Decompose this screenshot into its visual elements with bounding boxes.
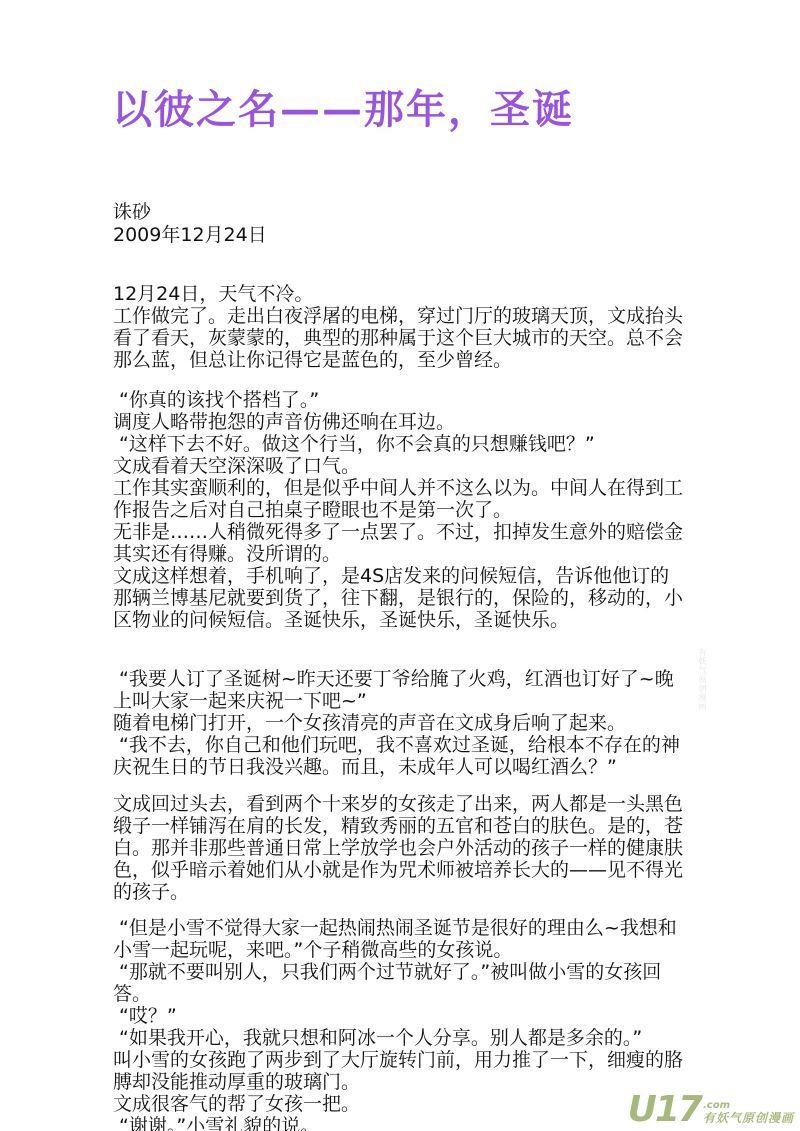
story-line: 叫小雪的女孩跑了两步到了大厅旋转门前，用力推了一下，细瘦的胳膊却没能推动厚重的玻… — [113, 1049, 688, 1093]
page-title: 以彼之名——那年，圣诞 — [112, 86, 574, 134]
u17-logo-caption: 有妖气原创漫画 — [703, 1111, 794, 1125]
story-block: 12月24日，天气不冷。工作做完了。走出白夜浮屠的电梯，穿过门厅的玻璃天顶，文成… — [113, 283, 688, 371]
story-line: “但是小雪不觉得大家一起热闹热闹圣诞节是很好的理由么~我想和小雪一起玩呢，来吧。… — [113, 917, 688, 961]
story-line: 文成很客气的帮了女孩一把。 — [113, 1093, 688, 1115]
byline: 诛砂 2009年12月24日 — [113, 201, 267, 247]
story-line: 工作做完了。走出白夜浮屠的电梯，穿过门厅的玻璃天顶，文成抬头看了看天，灰蒙蒙的，… — [113, 305, 688, 371]
u17-logo-text: U17 — [628, 1095, 701, 1125]
story-page: 以彼之名——那年，圣诞 诛砂 2009年12月24日 12月24日，天气不冷。工… — [0, 0, 800, 1131]
author-name: 诛砂 — [113, 201, 267, 224]
story-line: 文成回过头去，看到两个十来岁的女孩走了出来，两人都是一头黑色缎子一样铺泻在肩的长… — [113, 793, 688, 903]
story-line: “这样下去不好。做这个行当，你不会真的只想赚钱吧？” — [113, 433, 688, 455]
story-line: 文成看着天空深深吸了口气。 — [113, 455, 688, 477]
story-line: 工作其实蛮顺利的，但是似乎中间人并不这么以为。中间人在得到工作报告之后对自己拍桌… — [113, 477, 688, 521]
u17-logo-domain-suffix: .com — [703, 1101, 730, 1111]
story-block: 文成回过头去，看到两个十来岁的女孩走了出来，两人都是一头黑色缎子一样铺泻在肩的长… — [113, 793, 688, 903]
u17-watermark-logo: U17 .com 有妖气原创漫画 — [628, 1095, 794, 1125]
story-line: “那就不要叫别人，只我们两个过节就好了。”被叫做小雪的女孩回答。 — [113, 961, 688, 1005]
side-watermark-text: 有妖气原创漫画 — [697, 648, 708, 711]
story-line: “你真的该找个搭档了。” — [113, 389, 688, 411]
publish-date: 2009年12月24日 — [113, 224, 267, 247]
story-text: 12月24日，天气不冷。工作做完了。走出白夜浮屠的电梯，穿过门厅的玻璃天顶，文成… — [113, 283, 688, 1131]
story-line: “哎？” — [113, 1005, 688, 1027]
story-line: “我要人订了圣诞树~昨天还要丁爷给腌了火鸡，红酒也订好了~晚上叫大家一起来庆祝一… — [113, 668, 688, 712]
story-line: 文成这样想着，手机响了，是4S店发来的问候短信，告诉他他订的那辆兰博基尼就要到货… — [113, 565, 688, 631]
story-line: “谢谢。”小雪礼貌的说。 — [113, 1115, 688, 1131]
story-line: 12月24日，天气不冷。 — [113, 283, 688, 305]
story-line: 随着电梯门打开，一个女孩清亮的声音在文成身后响了起来。 — [113, 712, 688, 734]
story-block: “但是小雪不觉得大家一起热闹热闹圣诞节是很好的理由么~我想和小雪一起玩呢，来吧。… — [113, 917, 688, 1131]
story-line: “我不去，你自己和他们玩吧，我不喜欢过圣诞，给根本不存在的神庆祝生日的节日我没兴… — [113, 734, 688, 778]
story-line: 调度人略带抱怨的声音仿佛还响在耳边。 — [113, 411, 688, 433]
story-line: “如果我开心，我就只想和阿冰一个人分享。别人都是多余的。” — [113, 1027, 688, 1049]
story-block: “你真的该找个搭档了。”调度人略带抱怨的声音仿佛还响在耳边。 “这样下去不好。做… — [113, 389, 688, 631]
u17-logo-column: .com 有妖气原创漫画 — [703, 1101, 794, 1125]
story-block: “我要人订了圣诞树~昨天还要丁爷给腌了火鸡，红酒也订好了~晚上叫大家一起来庆祝一… — [113, 668, 688, 778]
story-line: 无非是……人稍微死得多了一点罢了。不过，扣掉发生意外的赔偿金其实还有得赚。没所谓… — [113, 521, 688, 565]
